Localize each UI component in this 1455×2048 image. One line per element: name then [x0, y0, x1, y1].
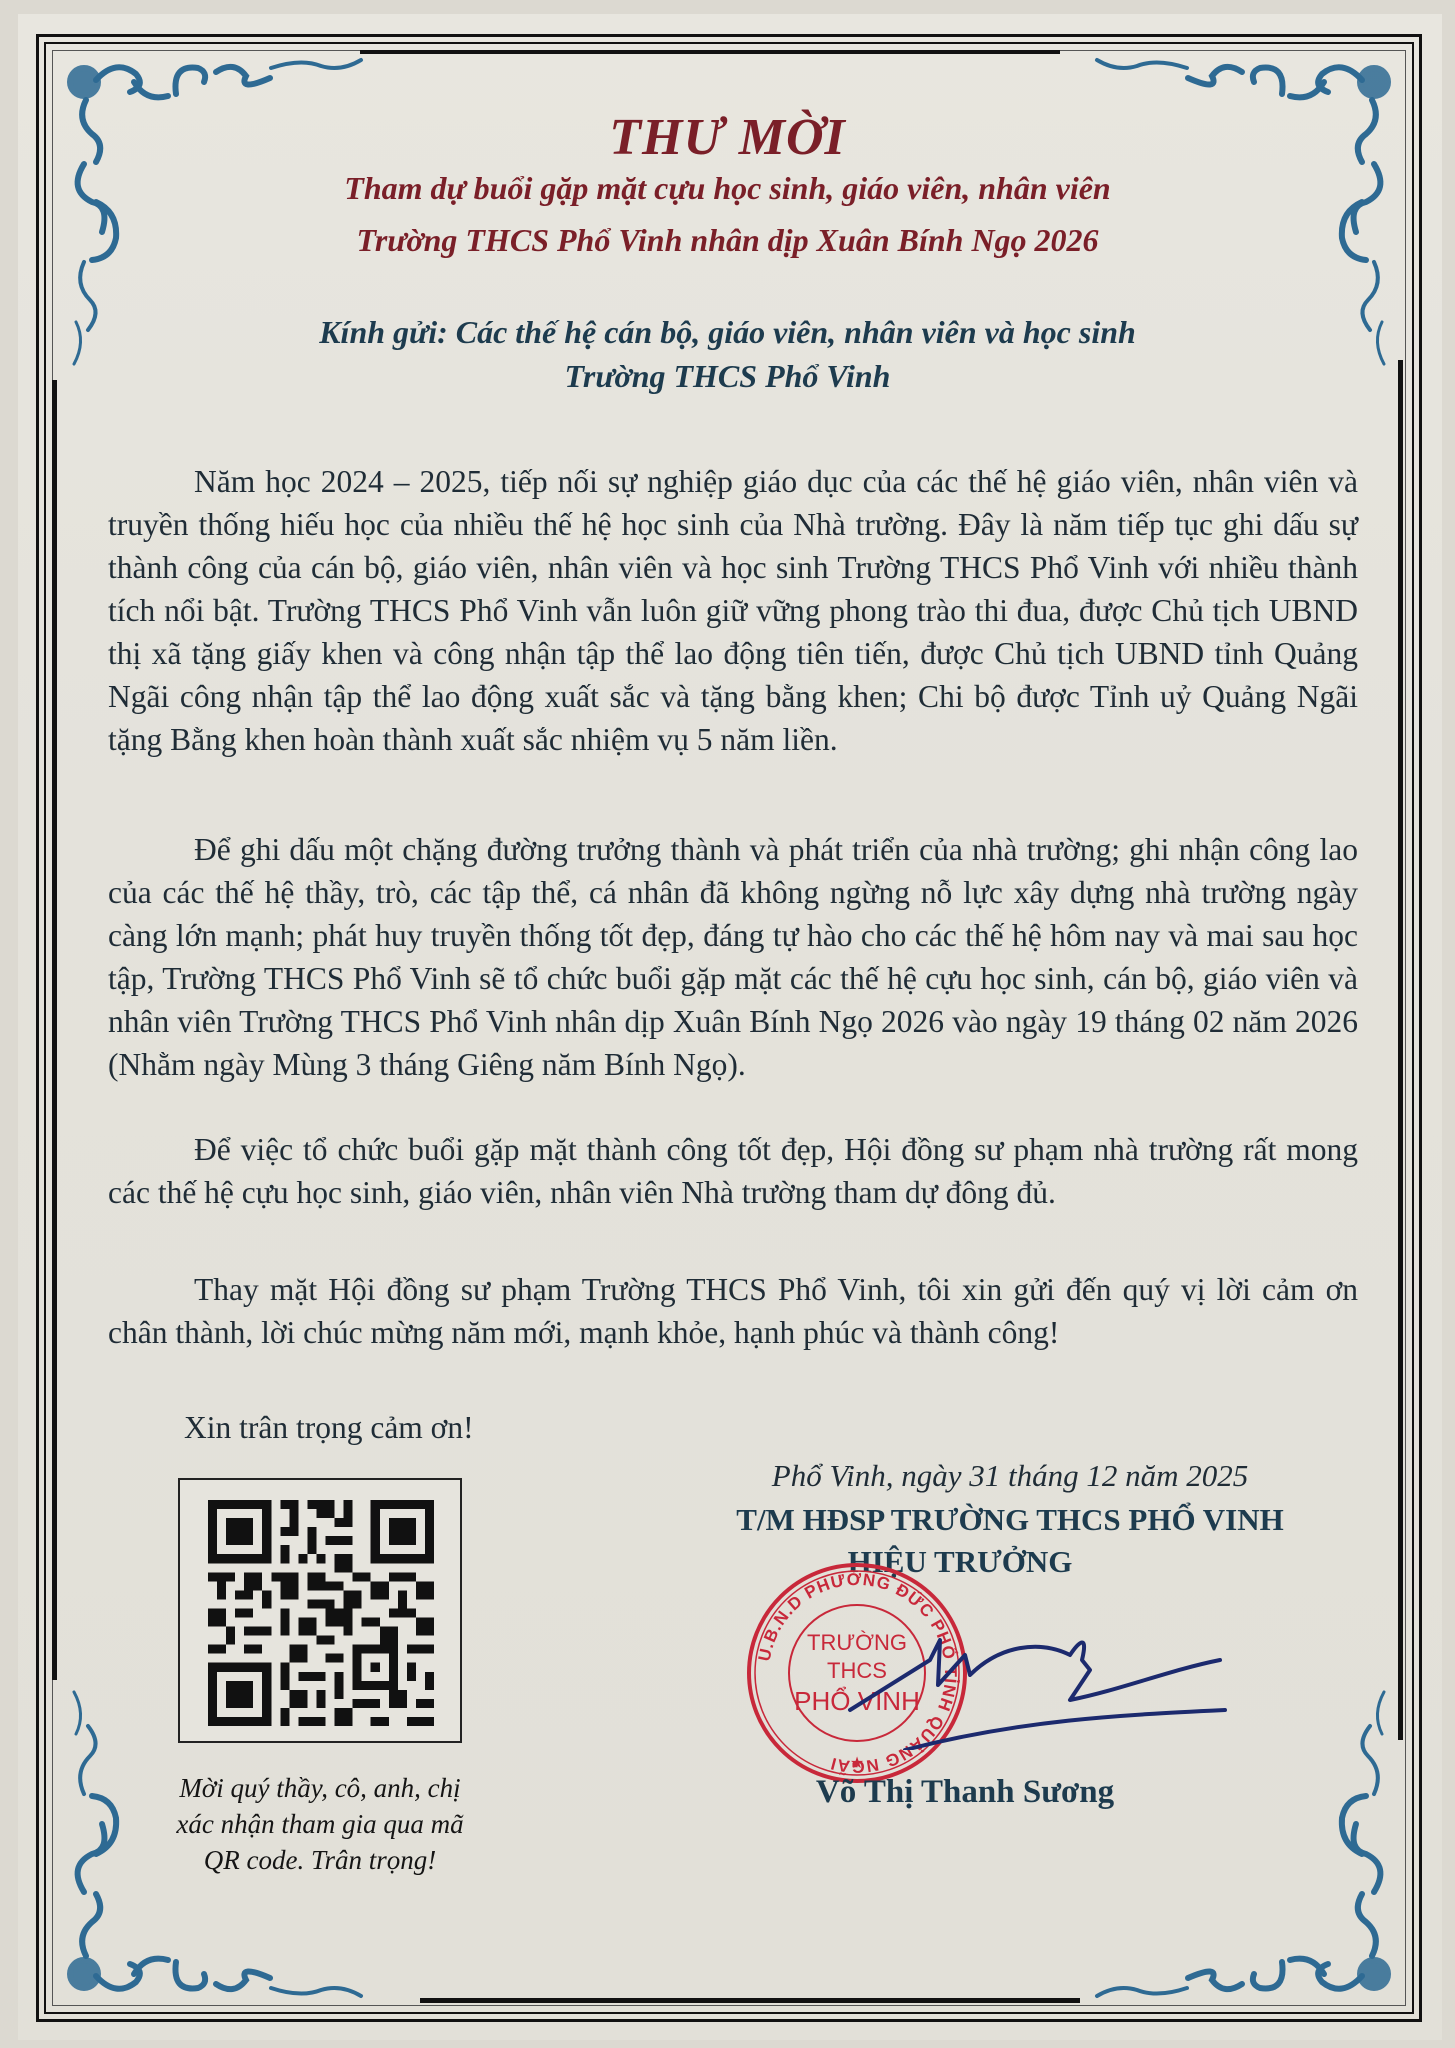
body-paragraph-4: Thay mặt Hội đồng sư phạm Trường THCS Ph… — [108, 1268, 1358, 1354]
date-line: Phổ Vinh, ngày 31 tháng 12 năm 2025 — [660, 1458, 1360, 1494]
paragraph-text: Thay mặt Hội đồng sư phạm Trường THCS Ph… — [108, 1268, 1358, 1354]
closing-line: Xin trân trọng cảm ơn! — [184, 1410, 474, 1446]
paragraph-text: Để ghi dấu một chặng đường trưởng thành … — [108, 828, 1358, 1086]
body-paragraph-3: Để việc tổ chức buổi gặp mặt thành công … — [108, 1128, 1358, 1214]
border-accent-right — [1398, 360, 1403, 1740]
recipient-line-1: Kính gửi: Các thế hệ cán bộ, giáo viên, … — [0, 314, 1455, 351]
paragraph-text: Để việc tổ chức buổi gặp mặt thành công … — [108, 1128, 1358, 1214]
qr-caption: Mời quý thầy, cô, anh, chị xác nhận tham… — [120, 1770, 520, 1878]
handwritten-signature-icon — [820, 1600, 1240, 1750]
subtitle-line-2: Trường THCS Phổ Vinh nhân dịp Xuân Bính … — [0, 222, 1455, 259]
organization-line: T/M HĐSP TRƯỜNG THCS PHỔ VINH — [660, 1502, 1360, 1538]
paragraph-text: Năm học 2024 – 2025, tiếp nối sự nghiệp … — [108, 460, 1358, 761]
border-accent-bottom — [420, 1998, 1080, 2003]
signer-name: Võ Thị Thanh Sương — [660, 1774, 1270, 1811]
qr-caption-line: Mời quý thầy, cô, anh, chị — [120, 1770, 520, 1806]
qr-caption-line: xác nhận tham gia qua mã — [120, 1806, 520, 1842]
svg-text:★: ★ — [850, 1755, 864, 1772]
qr-code[interactable] — [178, 1478, 462, 1743]
subtitle-line-1: Tham dự buổi gặp mặt cựu học sinh, giáo … — [0, 170, 1455, 207]
qr-code-icon — [208, 1500, 434, 1726]
border-accent-left — [52, 380, 57, 1680]
body-paragraph-1: Năm học 2024 – 2025, tiếp nối sự nghiệp … — [108, 460, 1358, 761]
border-accent-top — [360, 50, 1060, 54]
recipient-line-2: Trường THCS Phổ Vinh — [0, 358, 1455, 395]
document-title: THƯ MỜI — [0, 108, 1455, 167]
body-paragraph-2: Để ghi dấu một chặng đường trưởng thành … — [108, 828, 1358, 1086]
qr-caption-line: QR code. Trân trọng! — [120, 1842, 520, 1878]
